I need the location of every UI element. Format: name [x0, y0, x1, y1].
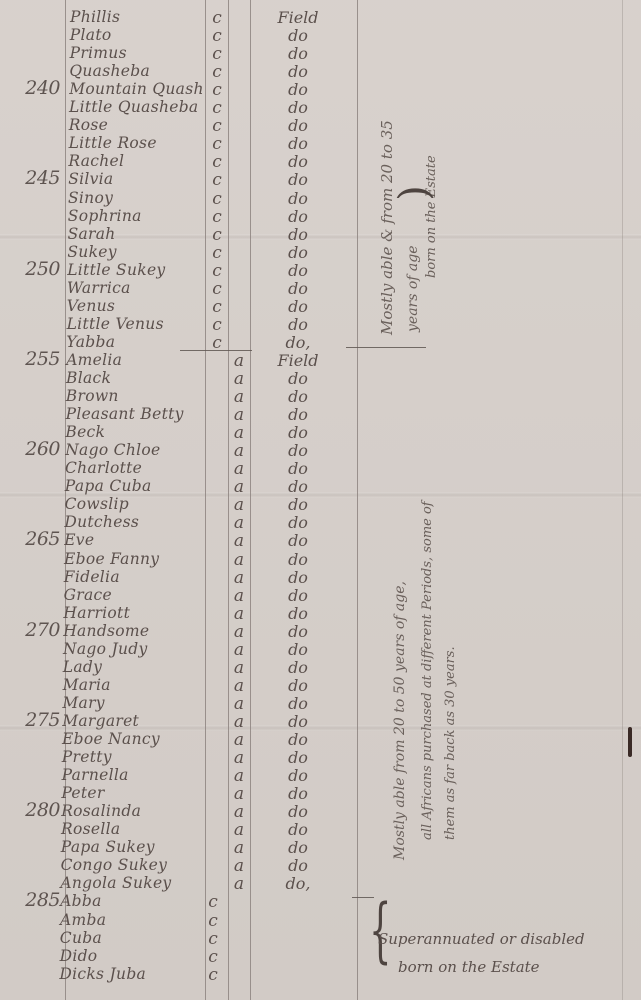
- remarks-separator: [346, 347, 426, 348]
- creole-mark: c: [210, 98, 224, 118]
- occupation: do: [268, 80, 328, 99]
- african-mark: a: [232, 441, 246, 461]
- entry-number: 275: [0, 709, 60, 731]
- african-mark: a: [232, 640, 246, 660]
- occupation: do: [268, 748, 328, 767]
- entry-name: Beck: [65, 423, 105, 441]
- entry-name: Harriott: [63, 604, 130, 622]
- entry-name: Mary: [62, 694, 104, 712]
- entry-name: Maria: [63, 676, 111, 694]
- entry-number: 260: [0, 438, 60, 460]
- entry-name: Lady: [63, 658, 102, 676]
- occupation: Field: [268, 351, 328, 370]
- occupation: do: [268, 495, 328, 514]
- remark-group3-line1: Superannuated or disabled: [378, 930, 585, 948]
- occupation: do: [268, 766, 328, 785]
- occupation: do: [268, 838, 328, 857]
- entry-number: 245: [0, 167, 60, 189]
- creole-mark: c: [210, 189, 224, 209]
- occupation: do: [268, 568, 328, 587]
- occupation: do: [268, 477, 328, 496]
- entry-name: Pretty: [62, 748, 112, 766]
- entry-name: Handsome: [63, 622, 149, 640]
- entry-name: Peter: [61, 784, 104, 802]
- creole-mark: c: [206, 911, 220, 931]
- remark-brace: (: [393, 185, 439, 201]
- occupation: do,: [268, 333, 328, 352]
- occupation: do: [268, 279, 328, 298]
- occupation: do: [268, 297, 328, 316]
- occupation: do: [268, 676, 328, 695]
- creole-mark: c: [206, 965, 220, 985]
- entry-name: Sukey: [67, 243, 116, 261]
- occupation: do: [268, 531, 328, 550]
- occupation: do: [268, 784, 328, 803]
- page-edge-rule: [622, 0, 623, 1000]
- creole-mark: c: [210, 8, 224, 28]
- creole-mark: c: [210, 333, 224, 353]
- occupation: do: [268, 622, 328, 641]
- occupation: do: [268, 243, 328, 262]
- ink-blot: [628, 727, 632, 757]
- entry-name: Yabba: [66, 333, 115, 351]
- remark-group2-line3: them as far back as 30 years.: [443, 646, 458, 840]
- african-mark: a: [232, 513, 246, 533]
- entry-name: Grace: [64, 586, 112, 604]
- creole-mark: c: [210, 261, 224, 281]
- creole-mark: c: [210, 62, 224, 82]
- african-mark: a: [232, 784, 246, 804]
- african-mark: a: [232, 676, 246, 696]
- entry-name: Rachel: [68, 152, 124, 170]
- creole-mark: c: [210, 134, 224, 154]
- african-mark: a: [232, 820, 246, 840]
- entry-name: Parnella: [62, 766, 129, 784]
- occupation: do: [268, 586, 328, 605]
- occupation: do,: [268, 874, 328, 893]
- occupation: do: [268, 225, 328, 244]
- entry-number: 265: [0, 528, 60, 550]
- remark-group2-line1: Mostly able from 20 to 50 years of age,: [392, 581, 408, 860]
- creole-mark: c: [210, 225, 224, 245]
- entry-name: Venus: [67, 297, 115, 315]
- creole-mark: c: [210, 80, 224, 100]
- occupation: do: [268, 116, 328, 135]
- entry-name: Quasheba: [69, 62, 150, 80]
- african-mark: a: [232, 748, 246, 768]
- african-mark: a: [232, 694, 246, 714]
- african-mark: a: [232, 802, 246, 822]
- occupation: do: [268, 604, 328, 623]
- occupation: do: [268, 441, 328, 460]
- remark-group1-line2: years of age: [405, 245, 421, 332]
- entry-name: Eboe Nancy: [62, 730, 160, 748]
- creole-mark: c: [210, 243, 224, 263]
- entry-name: Dutchess: [64, 513, 139, 531]
- entry-name: Abba: [60, 892, 101, 910]
- occupation: do: [268, 513, 328, 532]
- creole-mark: c: [210, 116, 224, 136]
- african-mark: a: [232, 730, 246, 750]
- entry-name: Brown: [66, 387, 119, 405]
- entry-name: Angola Sukey: [60, 874, 171, 892]
- column-rule-remarks: [357, 0, 358, 1000]
- occupation: Field: [268, 8, 328, 27]
- african-mark: a: [232, 550, 246, 570]
- occupation: do: [268, 98, 328, 117]
- creole-mark: c: [210, 315, 224, 335]
- remark-group2-line2: all Africans purchased at different Peri…: [420, 501, 435, 840]
- entry-name: Primus: [70, 44, 127, 62]
- occupation: do: [268, 26, 328, 45]
- creole-mark: c: [210, 26, 224, 46]
- entry-name: Nago Judy: [63, 640, 148, 658]
- entry-name: Eve: [64, 531, 94, 549]
- african-mark: a: [232, 369, 246, 389]
- entry-name: Mountain Quash: [69, 80, 204, 98]
- entry-name: Eboe Fanny: [64, 550, 159, 568]
- creole-mark: c: [210, 297, 224, 317]
- occupation: do: [268, 694, 328, 713]
- entry-number: 255: [0, 348, 60, 370]
- entry-name: Amelia: [66, 351, 122, 369]
- occupation: do: [268, 459, 328, 478]
- entry-name: Rosella: [61, 820, 120, 838]
- entry-name: Sophrina: [68, 207, 142, 225]
- african-mark: a: [232, 423, 246, 443]
- entry-number: 250: [0, 258, 60, 280]
- occupation: do: [268, 315, 328, 334]
- occupation: do: [268, 658, 328, 677]
- entry-number: 240: [0, 77, 60, 99]
- african-mark: a: [232, 387, 246, 407]
- occupation: do: [268, 369, 328, 388]
- entry-name: Sinoy: [68, 189, 113, 207]
- occupation: do: [268, 405, 328, 424]
- african-mark: a: [232, 405, 246, 425]
- african-mark: a: [232, 856, 246, 876]
- entry-name: Rose: [69, 116, 108, 134]
- entry-name: Dicks Juba: [59, 965, 146, 983]
- entry-number: 280: [0, 799, 60, 821]
- african-mark: a: [232, 838, 246, 858]
- entry-name: Pleasant Betty: [66, 405, 184, 423]
- occupation: do: [268, 730, 328, 749]
- creole-mark: c: [206, 892, 220, 912]
- creole-mark: c: [206, 929, 220, 949]
- occupation: do: [268, 820, 328, 839]
- african-mark: a: [232, 459, 246, 479]
- occupation: do: [268, 152, 328, 171]
- occupation: do: [268, 550, 328, 569]
- entry-name: Dido: [60, 947, 98, 965]
- entry-name: Silvia: [68, 170, 113, 188]
- entry-name: Amba: [60, 911, 106, 929]
- occupation: do: [268, 134, 328, 153]
- occupation: do: [268, 856, 328, 875]
- register-row: Dicks Jubac: [0, 965, 341, 991]
- african-mark: a: [232, 712, 246, 732]
- occupation: do: [268, 712, 328, 731]
- entry-name: Phillis: [70, 8, 120, 26]
- occupation: do: [268, 387, 328, 406]
- entry-name: Fidelia: [64, 568, 120, 586]
- entry-name: Papa Sukey: [61, 838, 155, 856]
- occupation: do: [268, 189, 328, 208]
- occupation: do: [268, 261, 328, 280]
- document-page: PhilliscFieldPlatocdoPrimuscdoQuashebacd…: [0, 0, 641, 1000]
- african-mark: a: [232, 874, 246, 894]
- creole-mark: c: [210, 170, 224, 190]
- creole-mark: c: [210, 44, 224, 64]
- occupation: do: [268, 62, 328, 81]
- creole-mark: c: [210, 279, 224, 299]
- remark-group1-line1: Mostly able & from 20 to 35: [378, 120, 396, 335]
- entry-name: Cowslip: [65, 495, 129, 513]
- occupation: do: [268, 640, 328, 659]
- entry-name: Black: [66, 369, 111, 387]
- entry-number: 285: [0, 889, 60, 911]
- entry-name: Papa Cuba: [65, 477, 152, 495]
- african-mark: a: [232, 622, 246, 642]
- remark-group3-line2: born on the Estate: [398, 958, 540, 976]
- entry-name: Nago Chloe: [65, 441, 160, 459]
- entry-name: Margaret: [62, 712, 139, 730]
- entry-name: Cuba: [60, 929, 102, 947]
- entry-name: Little Venus: [67, 315, 164, 333]
- entry-name: Congo Sukey: [61, 856, 168, 874]
- creole-mark: c: [206, 947, 220, 967]
- african-mark: a: [232, 604, 246, 624]
- occupation: do: [268, 802, 328, 821]
- occupation: do: [268, 170, 328, 189]
- african-mark: a: [232, 531, 246, 551]
- entry-name: Little Quasheba: [69, 98, 198, 116]
- remark-group1-line3: born on the Estate: [424, 155, 439, 278]
- creole-mark: c: [210, 207, 224, 227]
- entry-name: Charlotte: [65, 459, 142, 477]
- occupation: do: [268, 423, 328, 442]
- occupation: do: [268, 44, 328, 63]
- african-mark: a: [232, 586, 246, 606]
- african-mark: a: [232, 351, 246, 371]
- african-mark: a: [232, 766, 246, 786]
- entry-name: Rosalinda: [61, 802, 141, 820]
- african-mark: a: [232, 495, 246, 515]
- occupation: do: [268, 207, 328, 226]
- african-mark: a: [232, 658, 246, 678]
- entry-name: Little Rose: [69, 134, 157, 152]
- entry-name: Little Sukey: [67, 261, 165, 279]
- entry-number: 270: [0, 619, 60, 641]
- entry-name: Warrica: [67, 279, 131, 297]
- entry-name: Plato: [70, 26, 112, 44]
- creole-mark: c: [210, 152, 224, 172]
- african-mark: a: [232, 477, 246, 497]
- african-mark: a: [232, 568, 246, 588]
- entry-name: Sarah: [68, 225, 116, 243]
